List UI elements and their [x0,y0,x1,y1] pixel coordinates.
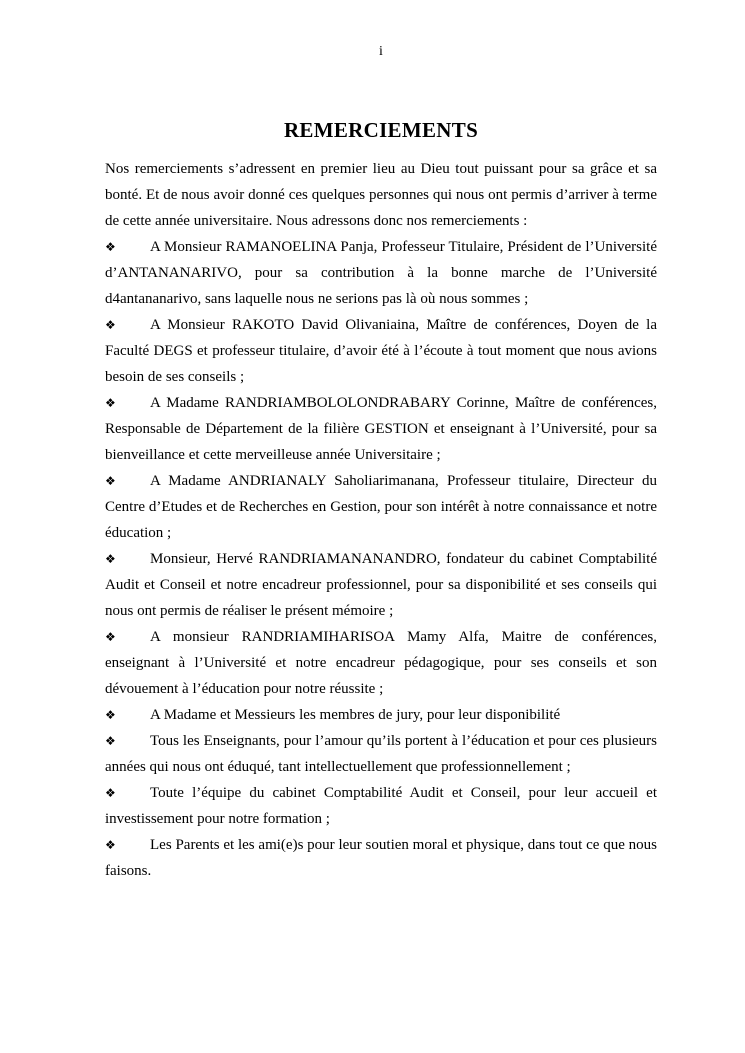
list-item-text: Tous les Enseignants, pour l’amour qu’il… [105,733,657,775]
bullet-diamond-icon: ❖ [105,390,150,416]
list-item-text: A Madame RANDRIAMBOLOLONDRABARY Corinne,… [105,395,657,463]
list-item-text: Monsieur, Hervé RANDRIAMANANANDRO, fonda… [105,551,657,619]
bullet-diamond-icon: ❖ [105,832,150,858]
list-item-text: A Madame et Messieurs les membres de jur… [150,707,560,723]
list-item-text: A monsieur RANDRIAMIHARISOA Mamy Alfa, M… [105,629,657,697]
bullet-diamond-icon: ❖ [105,780,150,806]
list-item: ❖Tous les Enseignants, pour l’amour qu’i… [105,728,657,780]
list-item: ❖A Madame et Messieurs les membres de ju… [105,702,657,728]
list-item: ❖A Madame ANDRIANALY Saholiarimanana, Pr… [105,468,657,546]
list-item: ❖A Monsieur RAKOTO David Olivaniaina, Ma… [105,312,657,390]
bullet-diamond-icon: ❖ [105,468,150,494]
list-item: ❖Toute l’équipe du cabinet Comptabilité … [105,780,657,832]
acknowledgement-list: ❖A Monsieur RAMANOELINA Panja, Professeu… [105,234,657,884]
page-number: i [105,44,657,60]
list-item-text: Les Parents et les ami(e)s pour leur sou… [105,837,657,879]
bullet-diamond-icon: ❖ [105,702,150,728]
document-page: i REMERCIEMENTS Nos remerciements s’adre… [0,0,745,1053]
list-item: ❖A Madame RANDRIAMBOLOLONDRABARY Corinne… [105,390,657,468]
bullet-diamond-icon: ❖ [105,624,150,650]
bullet-diamond-icon: ❖ [105,546,150,572]
list-item-text: A Madame ANDRIANALY Saholiarimanana, Pro… [105,473,657,541]
list-item-text: A Monsieur RAMANOELINA Panja, Professeur… [105,239,657,307]
list-item-text: A Monsieur RAKOTO David Olivaniaina, Maî… [105,317,657,385]
list-item: ❖A Monsieur RAMANOELINA Panja, Professeu… [105,234,657,312]
list-item: ❖Les Parents et les ami(e)s pour leur so… [105,832,657,884]
list-item: ❖A monsieur RANDRIAMIHARISOA Mamy Alfa, … [105,624,657,702]
list-item-text: Toute l’équipe du cabinet Comptabilité A… [105,785,657,827]
list-item: ❖Monsieur, Hervé RANDRIAMANANANDRO, fond… [105,546,657,624]
bullet-diamond-icon: ❖ [105,312,150,338]
page-title: REMERCIEMENTS [105,118,657,142]
bullet-diamond-icon: ❖ [105,728,150,754]
intro-paragraph: Nos remerciements s’adressent en premier… [105,156,657,234]
bullet-diamond-icon: ❖ [105,234,150,260]
